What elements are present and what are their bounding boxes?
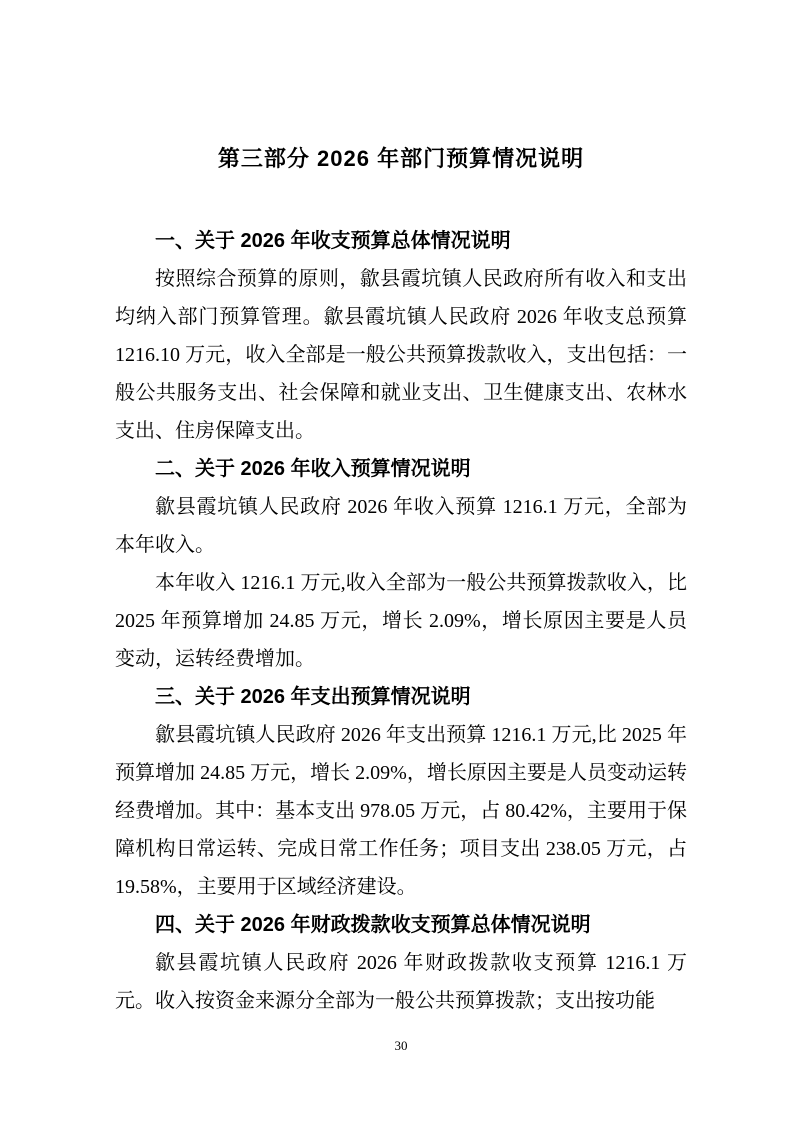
paragraph: 歙县霞坑镇人民政府 2026 年财政拨款收支预算 1216.1 万元。收入按资金…	[115, 944, 687, 1020]
section-heading-income-budget: 二、关于 2026 年收入预算情况说明	[115, 450, 687, 488]
section-income-budget: 二、关于 2026 年收入预算情况说明 歙县霞坑镇人民政府 2026 年收入预算…	[115, 450, 687, 678]
section-heading-fiscal-appropriation: 四、关于 2026 年财政拨款收支预算总体情况说明	[115, 906, 687, 944]
paragraph: 按照综合预算的原则，歙县霞坑镇人民政府所有收入和支出均纳入部门预算管理。歙县霞坑…	[115, 260, 687, 450]
page-number: 30	[115, 1038, 687, 1054]
paragraph: 歙县霞坑镇人民政府 2026 年收入预算 1216.1 万元，全部为本年收入。	[115, 488, 687, 564]
section-fiscal-appropriation: 四、关于 2026 年财政拨款收支预算总体情况说明 歙县霞坑镇人民政府 2026…	[115, 906, 687, 1020]
page-title: 第三部分 2026 年部门预算情况说明	[115, 142, 687, 176]
document-page: 第三部分 2026 年部门预算情况说明 一、关于 2026 年收支预算总体情况说…	[0, 0, 793, 1122]
paragraph: 歙县霞坑镇人民政府 2026 年支出预算 1216.1 万元,比 2025 年预…	[115, 716, 687, 906]
section-heading-overall-budget: 一、关于 2026 年收支预算总体情况说明	[115, 222, 687, 260]
section-heading-expenditure-budget: 三、关于 2026 年支出预算情况说明	[115, 678, 687, 716]
paragraph: 本年收入 1216.1 万元,收入全部为一般公共预算拨款收入，比 2025 年预…	[115, 564, 687, 678]
section-expenditure-budget: 三、关于 2026 年支出预算情况说明 歙县霞坑镇人民政府 2026 年支出预算…	[115, 678, 687, 906]
section-overall-budget: 一、关于 2026 年收支预算总体情况说明 按照综合预算的原则，歙县霞坑镇人民政…	[115, 222, 687, 450]
